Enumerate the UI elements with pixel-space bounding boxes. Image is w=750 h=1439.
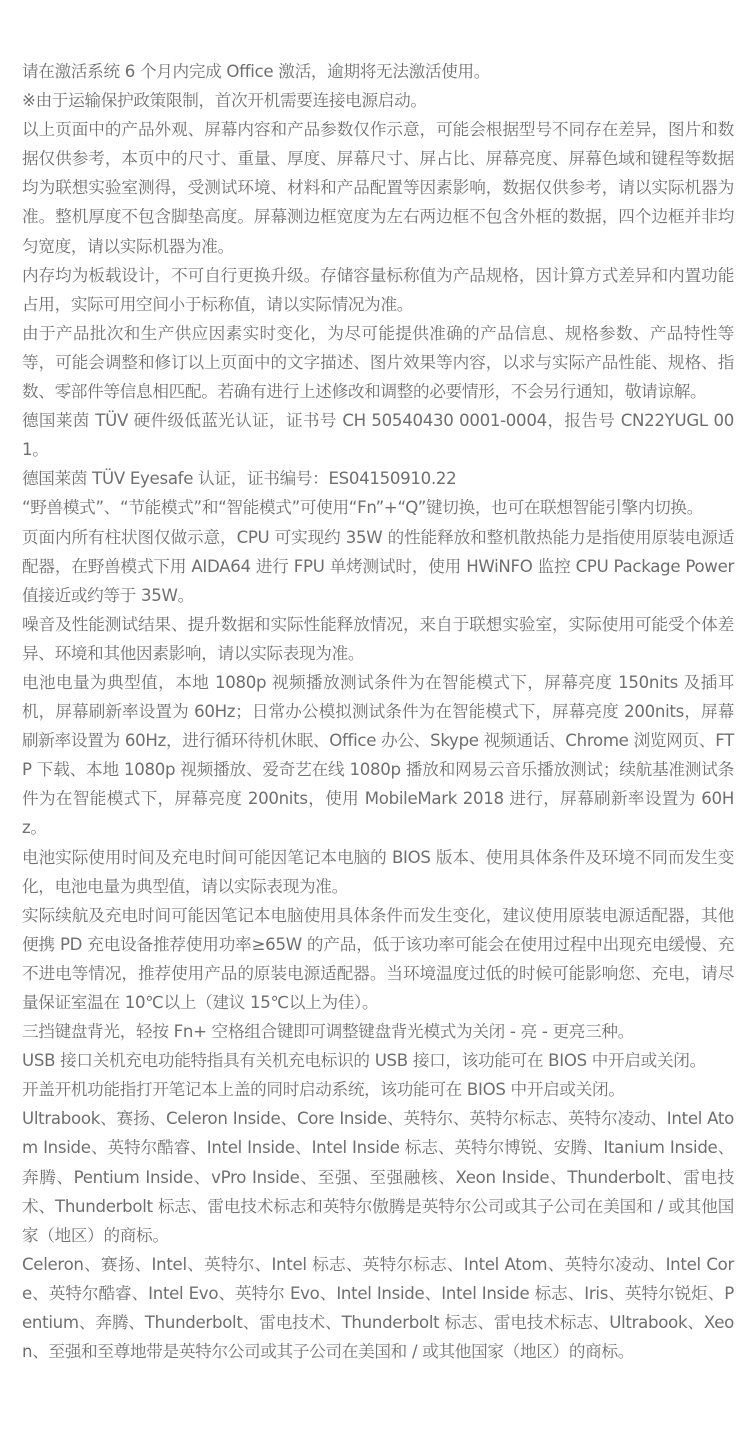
intel-trademarks-2: Celeron、赛扬、Intel、英特尔、Intel 标志、英特尔标志、Inte… [22, 1250, 734, 1366]
battery-test-conditions: 电池电量为典型值，本地 1080p 视频播放测试条件为在智能模式下，屏幕亮度 1… [22, 668, 734, 843]
noise-test-note: 噪音及性能测试结果、提升数据和实际性能释放情况，来自于联想实验室，实际使用可能受… [22, 610, 734, 668]
first-boot-power-note: ※由于运输保护政策限制，首次开机需要连接电源启动。 [22, 86, 734, 115]
tuv-eyesafe-cert: 德国莱茵 TÜV Eyesafe 认证，证书编号：ES04150910.22 [22, 464, 734, 493]
cpu-performance-note: 页面内所有柱状图仅做示意，CPU 可实现约 35W 的性能释放和整机散热能力是指… [22, 523, 734, 610]
tuv-low-blue-light-cert: 德国莱茵 TÜV 硬件级低蓝光认证，证书号 CH 50540430 0001-0… [22, 406, 734, 464]
disclaimer-text-block: 请在激活系统 6 个月内完成 Office 激活，逾期将无法激活使用。 ※由于运… [22, 57, 734, 1366]
charging-adapter-note: 实际续航及充电时间可能因笔记本电脑使用具体条件而发生变化，建议使用原装电源适配器… [22, 901, 734, 1017]
keyboard-backlight-note: 三挡键盘背光，轻按 Fn+ 空格组合键即可调整键盘背光模式为关闭 - 亮 - 更… [22, 1017, 734, 1046]
lid-open-boot-note: 开盖开机功能指打开笔记本上盖的同时启动系统，该功能可在 BIOS 中开启或关闭。 [22, 1075, 734, 1104]
product-appearance-disclaimer: 以上页面中的产品外观、屏幕内容和产品参数仅作示意，可能会根据型号不同存在差异，图… [22, 115, 734, 260]
performance-mode-note: “野兽模式”、“节能模式”和“智能模式”可使用“Fn”+“Q”键切换，也可在联想… [22, 493, 734, 522]
battery-life-variation-note: 电池实际使用时间及充电时间可能因笔记本电脑的 BIOS 版本、使用具体条件及环境… [22, 843, 734, 901]
usb-power-off-charging-note: USB 接口关机充电功能特指具有关机充电标识的 USB 接口，该功能可在 BIO… [22, 1046, 734, 1075]
product-batch-disclaimer: 由于产品批次和生产供应因素实时变化，为尽可能提供准确的产品信息、规格参数、产品特… [22, 319, 734, 406]
office-activation-note: 请在激活系统 6 个月内完成 Office 激活，逾期将无法激活使用。 [22, 57, 734, 86]
intel-trademarks-1: Ultrabook、赛扬、Celeron Inside、Core Inside、… [22, 1104, 734, 1249]
memory-storage-note: 内存均为板载设计，不可自行更换升级。存储容量标称值为产品规格，因计算方式差异和内… [22, 261, 734, 319]
